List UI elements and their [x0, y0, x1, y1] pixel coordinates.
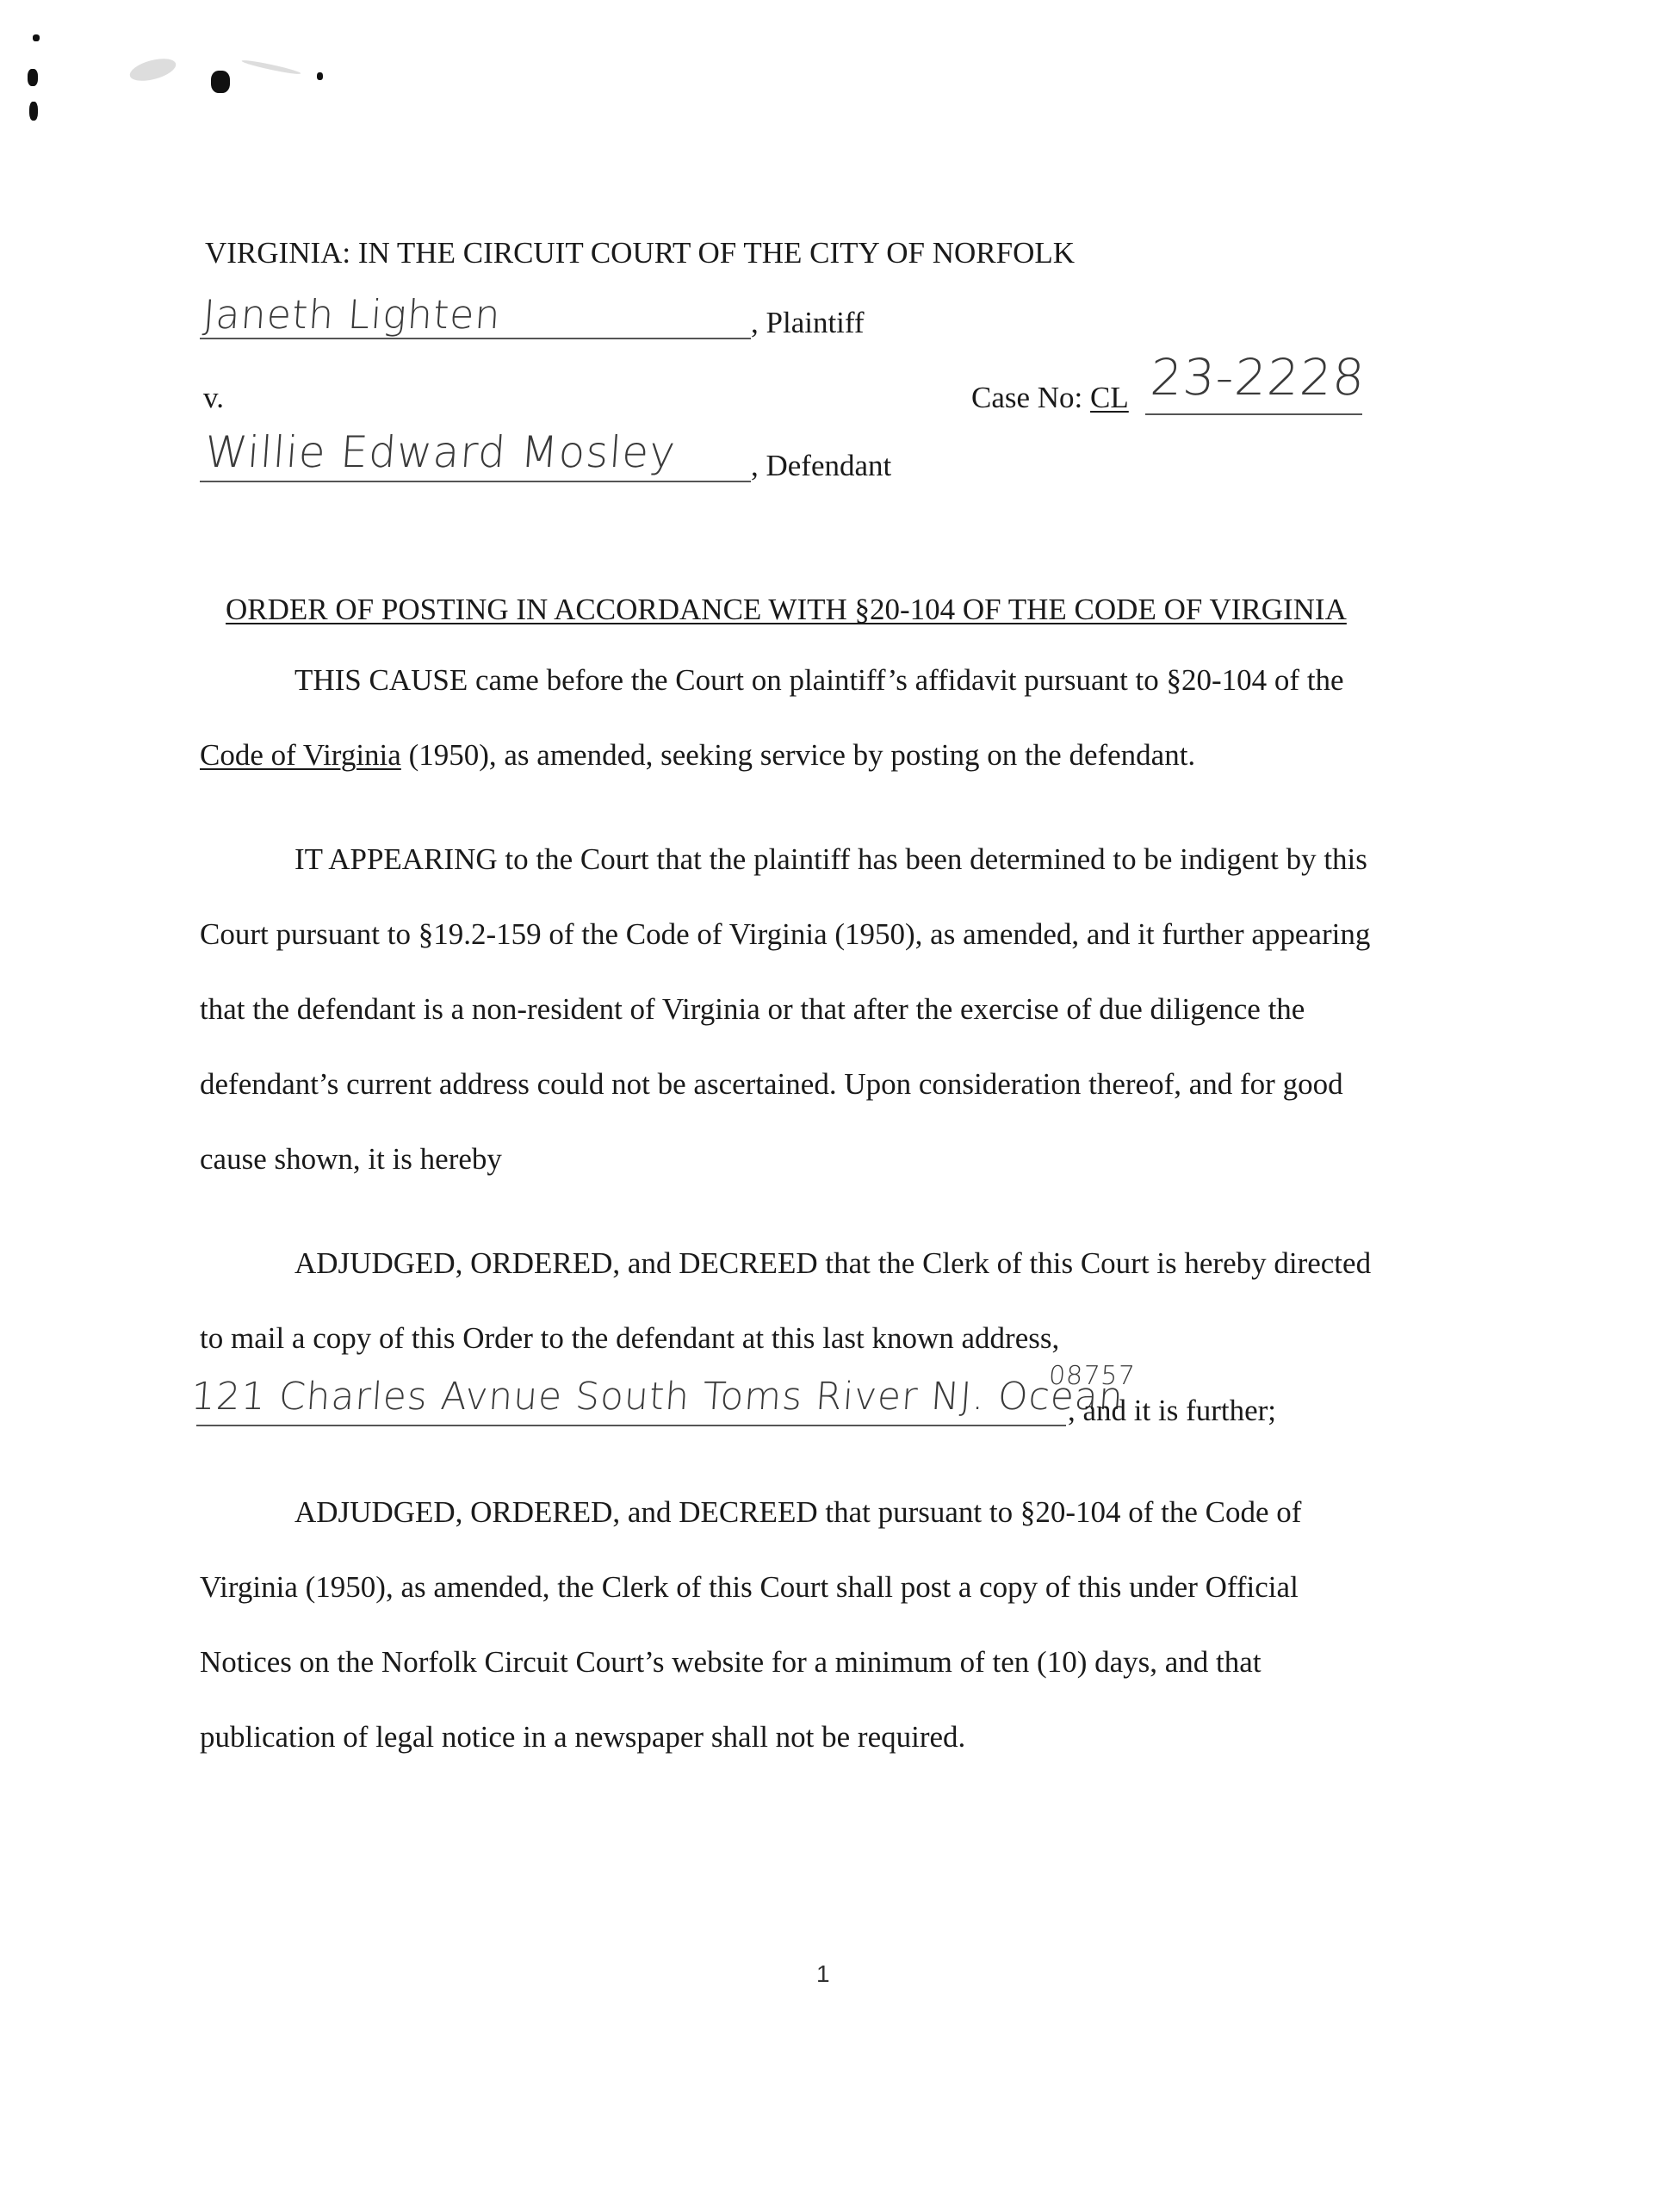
paragraph-1-line-1: THIS CAUSE came before the Court on plai…: [294, 663, 1344, 698]
paragraph-2-line-3: that the defendant is a non-resident of …: [200, 992, 1305, 1027]
scan-speck: [317, 72, 323, 80]
address-line: [196, 1425, 1066, 1426]
code-of-virginia-reference: Code of Virginia: [200, 738, 401, 772]
defendant-name-handwritten: Willie Edward Mosley: [203, 427, 678, 477]
scan-smudge: [241, 59, 301, 76]
paragraph-1-line-2-rest: (1950), as amended, seeking service by p…: [401, 738, 1195, 772]
paragraph-2-line-1: IT APPEARING to the Court that the plain…: [294, 842, 1367, 877]
scan-speck: [33, 34, 40, 41]
address-handwritten: 121 Charles Avnue South Toms River NJ. O…: [189, 1375, 1125, 1419]
case-number-field: Case No: CL: [971, 381, 1129, 415]
paragraph-4-line-3: Notices on the Norfolk Circuit Court’s w…: [200, 1645, 1262, 1680]
case-number-line: [1145, 413, 1362, 415]
case-number-prefix: CL: [1090, 381, 1129, 414]
order-title: ORDER OF POSTING IN ACCORDANCE WITH §20-…: [226, 593, 1347, 627]
scan-speck: [28, 69, 38, 86]
paragraph-2-line-2: Court pursuant to §19.2-159 of the Code …: [200, 917, 1370, 952]
scan-smudge: [127, 54, 178, 84]
court-header: VIRGINIA: IN THE CIRCUIT COURT OF THE CI…: [205, 236, 1075, 270]
paragraph-3-line-1: ADJUDGED, ORDERED, and DECREED that the …: [294, 1246, 1371, 1281]
paragraph-2-line-5: cause shown, it is hereby: [200, 1142, 502, 1177]
defendant-label: , Defendant: [751, 449, 891, 483]
plaintiff-signature-line: [200, 338, 751, 339]
case-number-label: Case No:: [971, 381, 1090, 414]
paragraph-4-line-1: ADJUDGED, ORDERED, and DECREED that purs…: [294, 1495, 1301, 1530]
paragraph-2-line-4: defendant’s current address could not be…: [200, 1067, 1343, 1102]
case-number-handwritten: 23-2228: [1149, 348, 1367, 407]
plaintiff-label: , Plaintiff: [751, 306, 865, 340]
scan-speck: [211, 71, 230, 93]
plaintiff-name-handwritten: Janeth Lighten: [201, 291, 502, 338]
page-number: 1: [816, 1960, 830, 1988]
address-trailing-text: , and it is further;: [1068, 1394, 1276, 1428]
paragraph-4-line-2: Virginia (1950), as amended, the Clerk o…: [200, 1570, 1299, 1605]
paragraph-1-line-2: Code of Virginia (1950), as amended, see…: [200, 738, 1195, 773]
versus-label: v.: [203, 381, 224, 415]
defendant-signature-line: [200, 481, 751, 482]
scan-speck: [29, 102, 38, 121]
address-zip-handwritten: 08757: [1048, 1361, 1137, 1391]
paragraph-4-line-4: publication of legal notice in a newspap…: [200, 1720, 965, 1755]
paragraph-3-line-2: to mail a copy of this Order to the defe…: [200, 1321, 1059, 1356]
